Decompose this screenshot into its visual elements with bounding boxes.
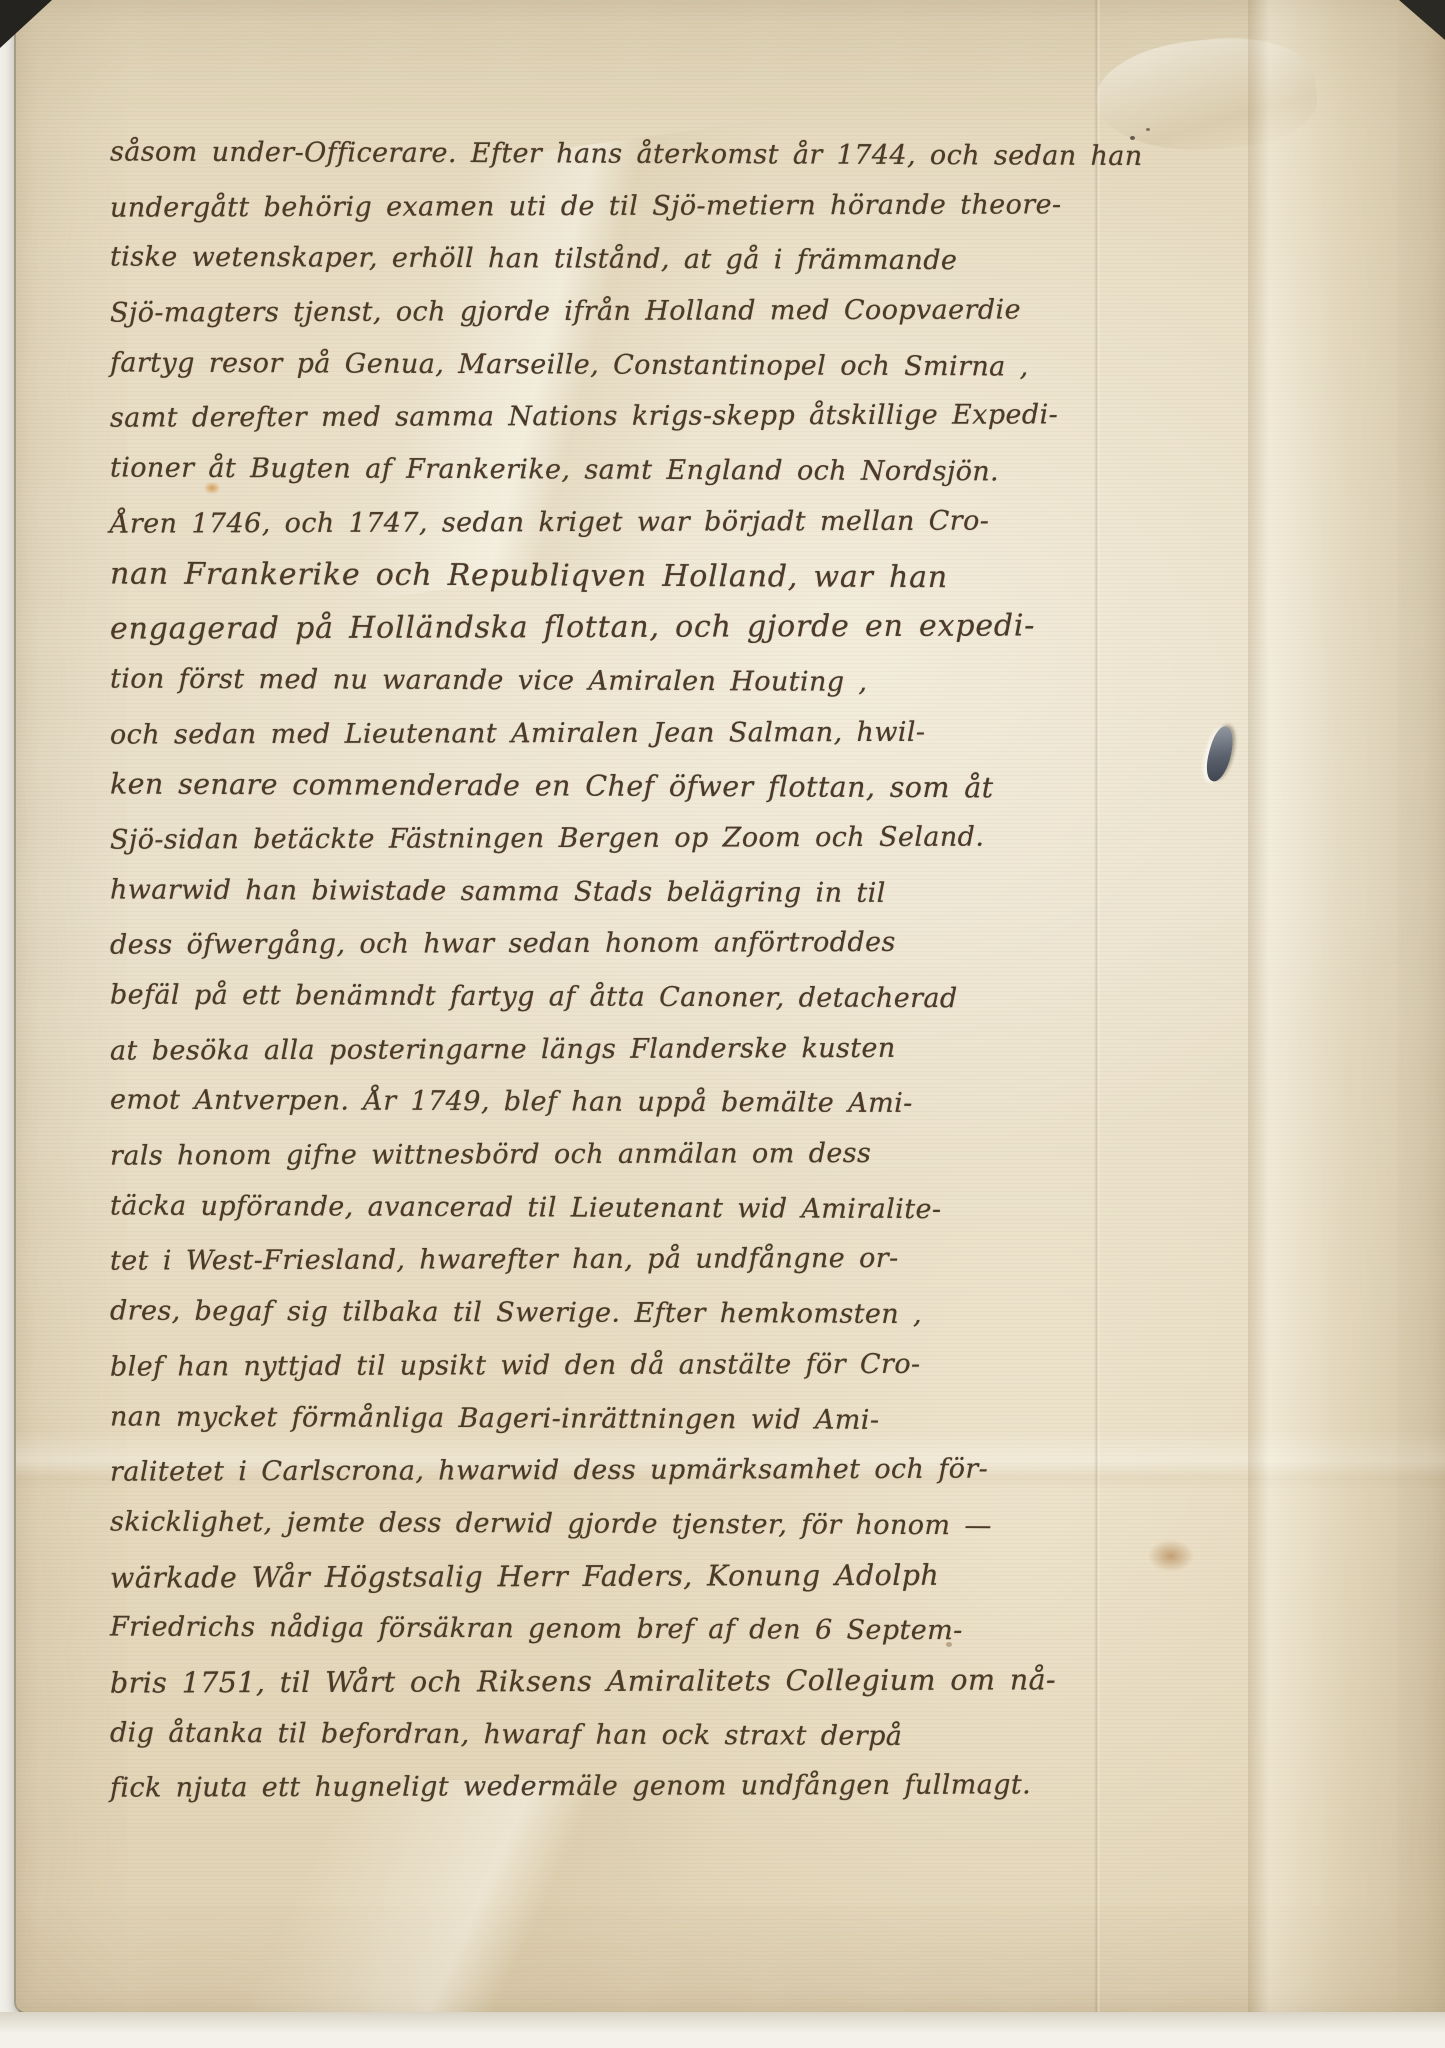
- manuscript-line: Friedrichs nådiga försäkran genom bref a…: [110, 1602, 1035, 1659]
- manuscript-line: Sjö-sidan betäckte Fästningen Bergen op …: [110, 811, 1035, 867]
- manuscript-line: rals honom gifne wittnesbörd och anmälan…: [110, 1127, 1035, 1183]
- manuscript-line: och sedan med Lieutenant Amiralen Jean S…: [110, 706, 1035, 762]
- manuscript-line: befäl på ett benämndt fartyg af åtta Can…: [110, 969, 1035, 1026]
- manuscript-line: täcka upförande, avancerad til Lieutenan…: [110, 1180, 1035, 1237]
- manuscript-line: nan mycket förmånliga Bageri-inrättninge…: [110, 1391, 1035, 1448]
- manuscript-line: wärkade Wår Högstsalig Herr Faders, Konu…: [110, 1549, 1035, 1605]
- manuscript-line: ralitetet i Carlscrona, hwarwid dess upm…: [110, 1444, 1035, 1500]
- manuscript-line: at besöka alla posteringarne längs Fland…: [110, 1022, 1035, 1078]
- background-below-page: [0, 2012, 1445, 2048]
- manuscript-line: tiske wetenskaper, erhöll han tilstånd, …: [110, 232, 1035, 289]
- photographed-manuscript: såsom under-Officerare. Efter hans återk…: [0, 0, 1445, 2048]
- manuscript-line: skicklighet, jemte dess derwid gjorde tj…: [110, 1496, 1035, 1553]
- manuscript-line: ken senare commenderade en Chef öfwer fl…: [110, 759, 1035, 816]
- manuscript-line: Sjö-magters tjenst, och gjorde ifrån Hol…: [110, 284, 1035, 340]
- manuscript-line: engagerad på Holländska flottan, och gjo…: [110, 601, 1035, 657]
- manuscript-text-block: såsom under-Officerare. Efter hans återk…: [110, 128, 1035, 1814]
- manuscript-line: emot Antverpen. År 1749, blef han uppå b…: [110, 1075, 1035, 1132]
- manuscript-line: tioner åt Bugten af Frankerike, samt Eng…: [110, 443, 1035, 500]
- manuscript-line: dres, begaf sig tilbaka til Swerige. Eft…: [110, 1286, 1035, 1343]
- manuscript-line: samt derefter med samma Nations krigs-sk…: [110, 390, 1035, 446]
- manuscript-page: såsom under-Officerare. Efter hans återk…: [14, 0, 1445, 2014]
- manuscript-line: hwarwid han biwistade samma Stads belägr…: [110, 864, 1035, 921]
- manuscript-line: bris 1751, til Wårt och Riksens Amiralit…: [110, 1654, 1035, 1710]
- page-right-edge-band: [1248, 0, 1445, 2012]
- manuscript-line: Åren 1746, och 1747, sedan kriget war bö…: [110, 495, 1035, 551]
- manuscript-line: blef han nyttjad til upsikt wid den då a…: [110, 1338, 1035, 1394]
- manuscript-line: tion först med nu warande vice Amiralen …: [110, 653, 1035, 710]
- manuscript-line: fartyg resor på Genua, Marseille, Consta…: [110, 337, 1035, 394]
- manuscript-line: fick njuta ett hugneligt wedermäle genom…: [110, 1760, 1035, 1816]
- manuscript-line: undergått behörig examen uti de til Sjö-…: [110, 179, 1035, 235]
- manuscript-line: tet i West-Friesland, hwarefter han, på …: [110, 1233, 1035, 1289]
- manuscript-line: dess öfwergång, och hwar sedan honom anf…: [110, 917, 1035, 973]
- manuscript-line: såsom under-Officerare. Efter hans återk…: [110, 126, 1035, 183]
- manuscript-line: dig åtanka til befordran, hwaraf han ock…: [110, 1707, 1035, 1764]
- vertical-fold-crease: [1094, 0, 1100, 2012]
- manuscript-line: nan Frankerike och Republiqven Holland, …: [110, 548, 1035, 605]
